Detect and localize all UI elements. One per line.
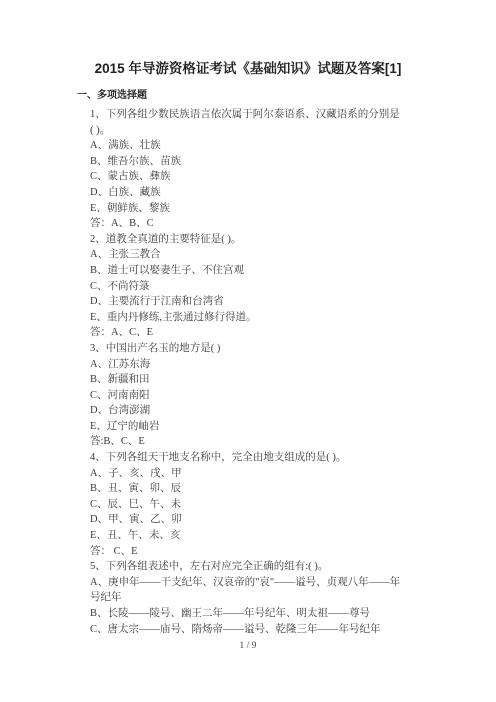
option-line: A、江苏东海 (90, 357, 456, 373)
option-line: D、主要流行于江南和台湾省 (90, 294, 456, 310)
option-line: A、子、亥、戌、甲 (90, 466, 456, 482)
answer-line: 答：A、B、C (90, 216, 456, 232)
document-title: 2015 年导游资格证考试《基础知识》试题及答案[1] (0, 0, 496, 78)
document-page: 2015 年导游资格证考试《基础知识》试题及答案[1] 一、多项选择题 1、下列… (0, 0, 496, 702)
answer-line: 答： C、E (90, 544, 456, 560)
option-line: B、长陵——陵号、幽王二年——年号纪年、明太祖——尊号 (90, 606, 456, 622)
question-stem: 1、下列各组少数民族语言依次属于阿尔泰语系、汉藏语系的分别是 (90, 107, 456, 123)
option-line: B、新疆和田 (90, 372, 456, 388)
answer-line: 答:B、C、E (90, 434, 456, 450)
option-line: C、辰、巳、午、未 (90, 497, 456, 513)
question-stem: 2、道教全真道的主要特征是( )。 (90, 232, 456, 248)
option-line: D、白族、藏族 (90, 185, 456, 201)
option-line: E、丑、午、未、亥 (90, 528, 456, 544)
option-line: C、不尚符箓 (90, 279, 456, 295)
option-line-continuation: 号纪年 (90, 590, 456, 606)
question-5: 5、下列各组表述中，左右对应完全正确的组有:( )。 A、庚申年——干支纪年、汉… (90, 559, 456, 637)
option-line: B、维吾尔族、苗族 (90, 154, 456, 170)
option-line: E、重内丹修练,主张通过修行得道。 (90, 310, 456, 326)
option-line: C、河南南阳 (90, 388, 456, 404)
question-stem-continuation: ( )。 (90, 123, 456, 139)
question-2: 2、道教全真道的主要特征是( )。 A、主张三教合 B、道士可以娶妻生子、不住宫… (90, 232, 456, 341)
question-stem: 5、下列各组表述中，左右对应完全正确的组有:( )。 (90, 559, 456, 575)
questions-area: 1、下列各组少数民族语言依次属于阿尔泰语系、汉藏语系的分别是 ( )。 A、满族… (90, 107, 456, 637)
option-line: D、甲、寅、乙、卯 (90, 512, 456, 528)
option-line: B、道士可以娶妻生子、不住宫观 (90, 263, 456, 279)
question-1: 1、下列各组少数民族语言依次属于阿尔泰语系、汉藏语系的分别是 ( )。 A、满族… (90, 107, 456, 232)
section-heading: 一、多项选择题 (77, 89, 496, 102)
option-line: D、台湾澎湖 (90, 403, 456, 419)
page-number: 1 / 9 (0, 641, 496, 651)
question-4: 4、下列各组天干地支名称中，完全由地支组成的是( )。 A、子、亥、戌、甲 B、… (90, 450, 456, 559)
option-line: E、辽宁的岫岩 (90, 419, 456, 435)
option-line: A、满族、壮族 (90, 138, 456, 154)
option-line: B、丑、寅、卯、辰 (90, 481, 456, 497)
option-line: C、唐太宗——庙号、隋炀帝——谥号、乾隆三年——年号纪年 (90, 622, 456, 638)
question-stem: 4、下列各组天干地支名称中，完全由地支组成的是( )。 (90, 450, 456, 466)
option-line: A、主张三教合 (90, 247, 456, 263)
option-line: E、朝鲜族、黎族 (90, 201, 456, 217)
option-line: C、蒙古族、彝族 (90, 169, 456, 185)
question-stem: 3、中国出产名玉的地方是( ) (90, 341, 456, 357)
question-3: 3、中国出产名玉的地方是( ) A、江苏东海 B、新疆和田 C、河南南阳 D、台… (90, 341, 456, 450)
answer-line: 答：A、C、E (90, 325, 456, 341)
option-line: A、庚申年——干支纪年、汉哀帝的"哀"——谥号、贞观八年——年 (90, 575, 456, 591)
